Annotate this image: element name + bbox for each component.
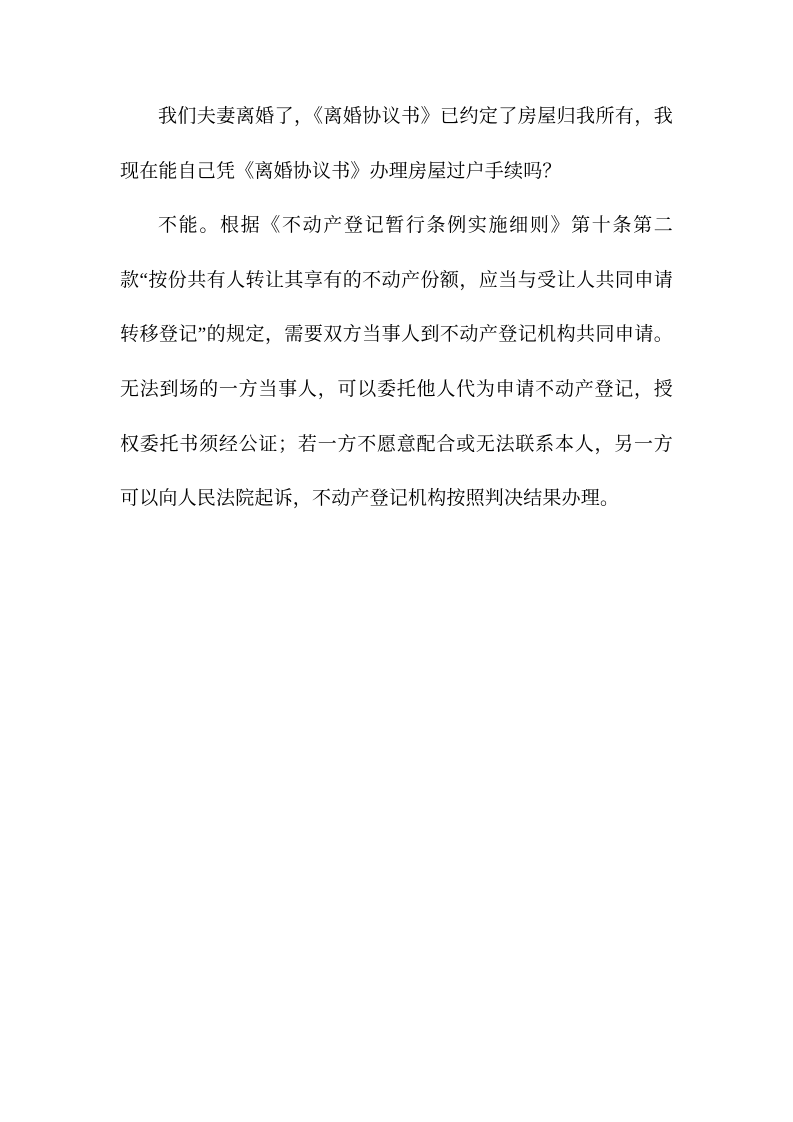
question-paragraph: 我们夫妻离婚了，《离婚协议书》已约定了房屋归我所有，我现在能自己凭《离婚协议书》…: [120, 90, 673, 199]
document-text-block: 我们夫妻离婚了，《离婚协议书》已约定了房屋归我所有，我现在能自己凭《离婚协议书》…: [120, 90, 673, 527]
answer-paragraph: 不能。根据《不动产登记暂行条例实施细则》第十条第二款“按份共有人转让其享有的不动…: [120, 199, 673, 527]
document-page: 我们夫妻离婚了，《离婚协议书》已约定了房屋归我所有，我现在能自己凭《离婚协议书》…: [0, 0, 793, 1122]
